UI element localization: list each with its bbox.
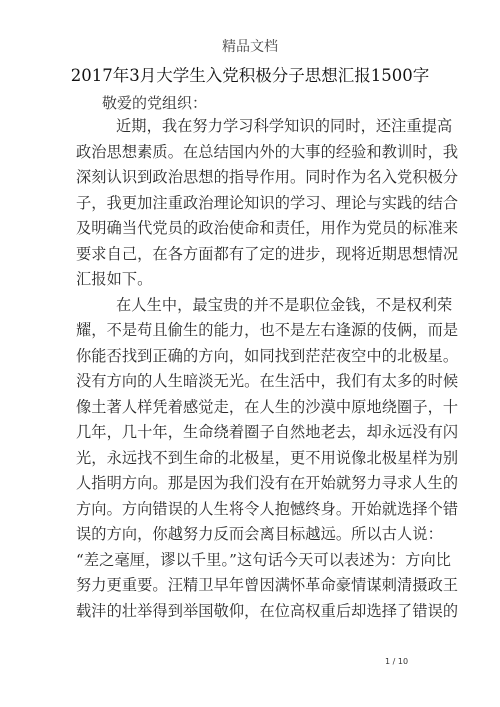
text-line: 耀，不是苟且偷生的能力，也不是左右逢源的伎俩，而是: [76, 318, 426, 344]
greeting: 敬爱的党组织：: [102, 92, 207, 113]
text-line: 子，我更加注重政治理论知识的学习、理论与实践的结合: [76, 191, 426, 217]
text-line: 深刻认识到政治思想的指导作用。同时作为名入党积极分: [76, 165, 426, 191]
text-line: 努力更重要。汪精卫早年曾因满怀革命豪情谋刺清摄政王: [76, 573, 426, 599]
text-line: 政治思想素质。在总结国内外的大事的经验和教训时，我: [76, 140, 426, 166]
text-line: 要求自己，在各方面都有了定的进步，现将近期思想情况: [76, 242, 426, 268]
text-line: 没有方向的人生暗淡无光。在生活中，我们有太多的时候: [76, 369, 426, 395]
text-line: 汇报如下。: [76, 267, 426, 293]
text-line: 误的方向，你越努力反而会离目标越远。所以古人说：: [76, 522, 426, 548]
document-body: 近期，我在努力学习科学知识的同时，还注重提高政治思想素质。在总结国内外的大事的经…: [76, 114, 426, 624]
text-line: 方向。方向错误的人生将令人抱憾终身。开始就选择个错: [76, 497, 426, 523]
text-line: 在人生中，最宝贵的并不是职位金钱，不是权利荣: [76, 293, 426, 319]
text-line: 载沣的壮举得到举国敬仰，在位高权重后却选择了错误的: [76, 599, 426, 625]
page-number: 1 / 10: [385, 657, 408, 666]
text-line: 人指明方向。那是因为我们没有在开始就努力寻求人生的: [76, 471, 426, 497]
text-line: 及明确当代党员的政治使命和责任，用作为党员的标准来: [76, 216, 426, 242]
text-line: 你能否找到正确的方向，如同找到茫茫夜空中的北极星。: [76, 344, 426, 370]
document-title: 2017年3月大学生入党积极分子思想汇报1500字: [0, 62, 500, 86]
text-line: “差之毫厘，谬以千里。”这句话今天可以表述为：方向比: [76, 548, 426, 574]
text-line: 光，永远找不到生命的北极星，更不用说像北极星样为别: [76, 446, 426, 472]
text-line: 像土著人样凭着感觉走，在人生的沙漠中原地绕圈子，十: [76, 395, 426, 421]
text-line: 几年，几十年，生命绕着圈子自然地老去，却永远没有闪: [76, 420, 426, 446]
text-line: 近期，我在努力学习科学知识的同时，还注重提高: [76, 114, 426, 140]
page-header: 精品文档: [0, 36, 500, 56]
